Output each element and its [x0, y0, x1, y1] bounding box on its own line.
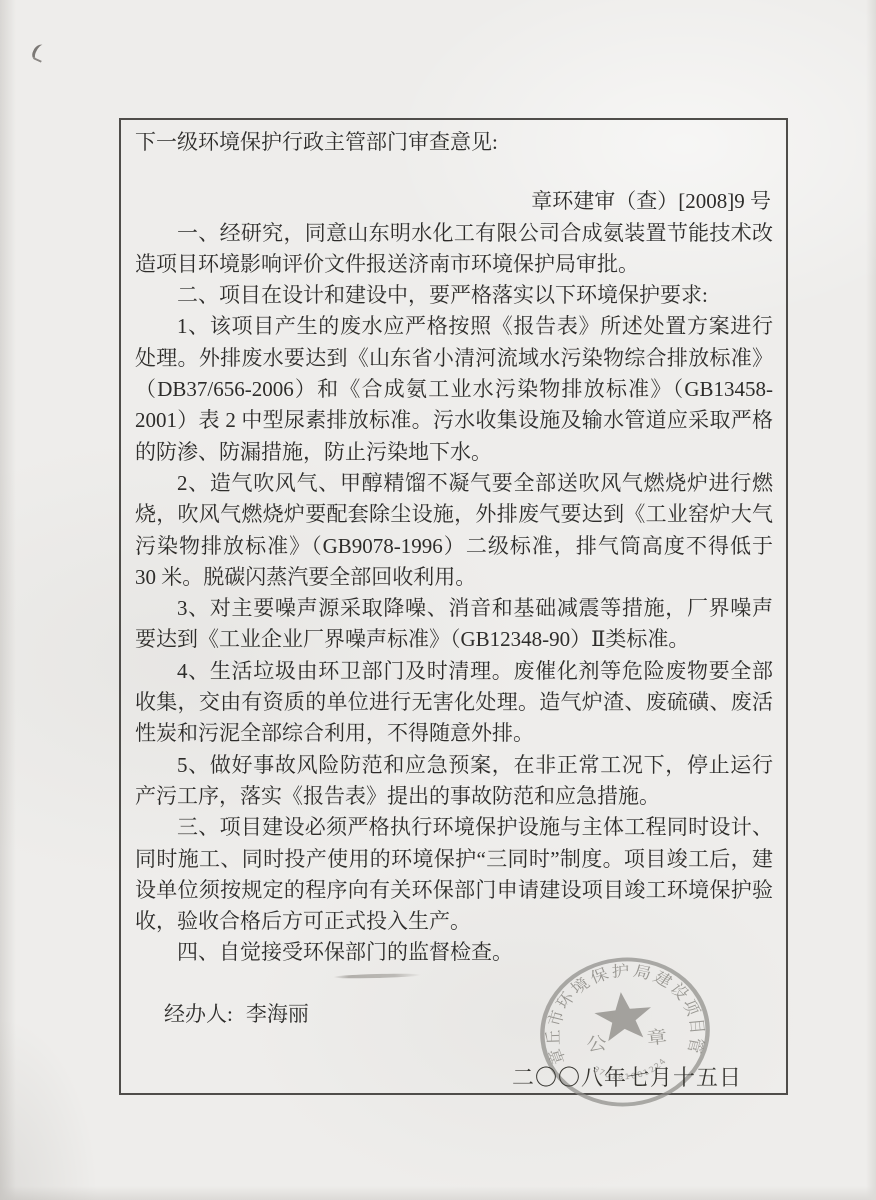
paragraph-3: 1、该项目产生的废水应严格按照《报告表》所述处置方案进行处理。外排废水要达到《山…	[135, 311, 773, 467]
paragraph-8: 三、项目建设必须严格执行环境保护设施与主体工程同时设计、同时施工、同时投产使用的…	[135, 812, 773, 937]
scanned-document-page: 下一级环境保护行政主管部门审查意见: 章环建审（查）[2008]9 号 一、经研…	[0, 0, 876, 1200]
paragraph-6: 4、生活垃圾由环卫部门及时清理。废催化剂等危险废物要全部收集，交由有资质的单位进…	[135, 656, 773, 750]
scan-corner-shadow	[0, 940, 120, 1200]
handler-name: 李海丽	[246, 1002, 309, 1026]
handler-label: 经办人:	[164, 1002, 233, 1026]
paragraph-4: 2、造气吹风气、甲醇精馏不凝气要全部送吹风气燃烧炉进行燃烧，吹风气燃烧炉要配套除…	[135, 468, 773, 593]
ink-speck-mark	[30, 42, 48, 62]
section-title: 下一级环境保护行政主管部门审查意见:	[135, 127, 773, 158]
paragraph-7: 5、做好事故风险防范和应急预案，在非正常工况下，停止运行产污工序，落实《报告表》…	[135, 750, 773, 813]
date-line: 二〇〇八年七月十五日	[512, 1061, 742, 1092]
paragraph-2: 二、项目在设计和建设中，要严格落实以下环境保护要求:	[135, 280, 773, 311]
paragraph-5: 3、对主要噪声源采取降噪、消音和基础减震等措施，厂界噪声要达到《工业企业厂界噪声…	[135, 593, 773, 656]
seal-center-left: 公	[586, 1034, 608, 1056]
paragraph-1: 一、经研究，同意山东明水化工有限公司合成氨装置节能技术改造项目环境影响评价文件报…	[135, 218, 773, 281]
official-seal: 章丘市环境保护局建设项目管理专用章 公 章 370181001224	[529, 946, 720, 1118]
seal-center-right: 章	[646, 1026, 668, 1048]
document-number: 章环建审（查）[2008]9 号	[135, 186, 771, 217]
review-opinion-content: 下一级环境保护行政主管部门审查意见: 章环建审（查）[2008]9 号 一、经研…	[121, 120, 786, 1030]
